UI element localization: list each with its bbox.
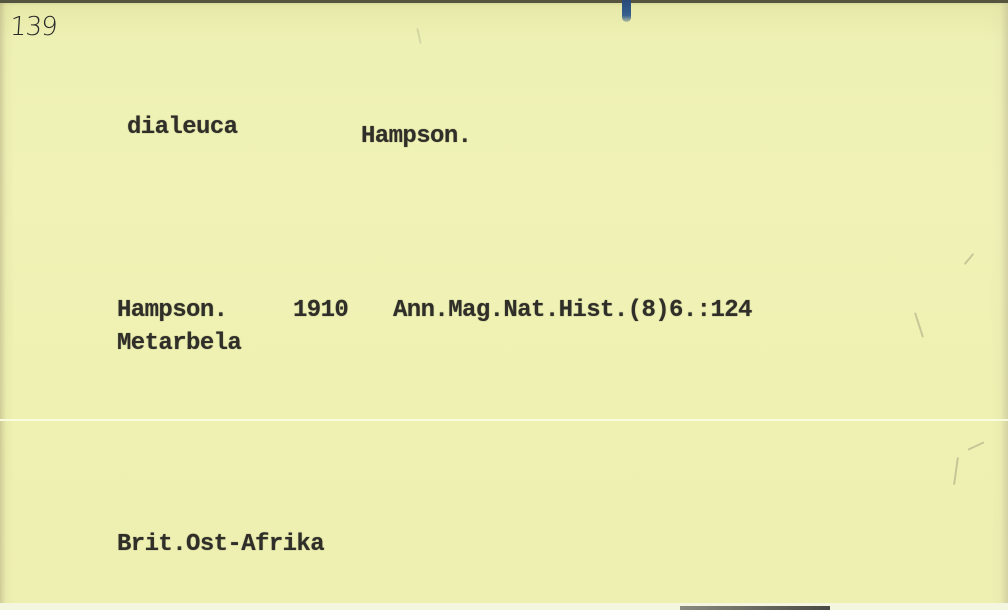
- genus-name: Metarbela: [117, 330, 241, 357]
- paper-fiber: [967, 441, 984, 450]
- paper-fiber: [416, 28, 421, 44]
- species-epithet: dialeuca: [127, 114, 237, 141]
- paper-fiber: [914, 312, 924, 337]
- locality: Brit.Ost-Afrika: [117, 531, 324, 558]
- index-card: 139 dialeuca Hampson. Hampson. 1910 Ann.…: [0, 0, 1008, 606]
- paper-fiber: [964, 253, 975, 265]
- card-crease: [0, 419, 1008, 421]
- reference-author: Hampson.: [117, 297, 227, 324]
- paper-fiber: [953, 457, 959, 485]
- card-bottom-edge: [0, 603, 1008, 610]
- card-top-edge: [0, 0, 1008, 3]
- reference-citation: Ann.Mag.Nat.Hist.(8)6.:124: [393, 297, 752, 324]
- reference-year: 1910: [293, 297, 348, 324]
- scan-shadow: [680, 606, 830, 610]
- species-author: Hampson.: [361, 123, 471, 150]
- pin-mark: [622, 0, 631, 22]
- handwritten-card-number: 139: [9, 12, 58, 42]
